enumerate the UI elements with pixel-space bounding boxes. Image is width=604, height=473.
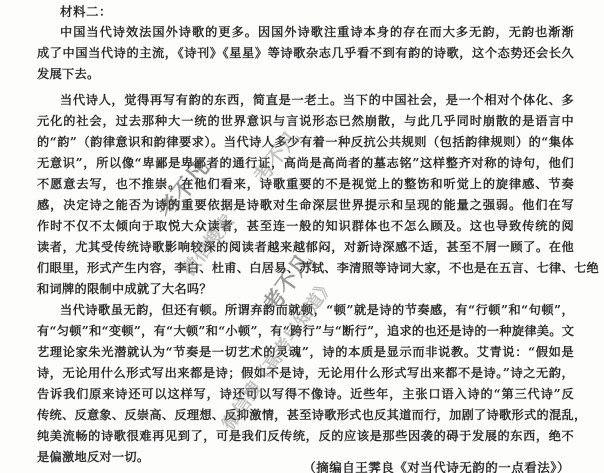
text-line: 中国当代诗效法国外诗歌的更多。因国外诗歌注重诗本身的存在而大多无韵，无韵也渐渐	[60, 24, 574, 40]
text-line: 传统、反意象、反崇高、反理想、反抑激情，甚至诗歌形式也反其道而行，加剧了诗歌形式…	[37, 407, 574, 423]
text-line: 纯美流畅的诗歌很难再见到了，可是我们反传统，反的应该是那些因袭的碍于发展的东西，…	[37, 428, 574, 444]
text-line: 有“匀顿”和“变顿”，有“大顿”和“小顿”，有“跨行”与“断行”，追求的也还是诗…	[37, 323, 574, 339]
section-heading: 材料二：	[60, 2, 112, 20]
text-line: 发展下去。	[37, 66, 574, 82]
text-line: 感，决定诗之能否为诗的重要依据是诗歌对生命深层世界提示和呈现的能量之强弱。他们在…	[37, 197, 574, 213]
document-page: 材料二： 中国当代诗效法国外诗歌的更多。因国外诗歌注重诗本身的存在而大多无韵，无…	[0, 0, 604, 473]
text-line: 成了中国当代诗的主流，《诗刊》《星星》等诗歌杂志几乎看不到有韵的诗歌，这个态势还…	[37, 45, 574, 61]
text-line: 和词牌的限制中成就了大名吗？	[37, 281, 574, 297]
text-line: 不愿意去写，也不推崇。在他们看来，诗歌重要的不是视觉上的整饬和听觉上的旋律感、节…	[37, 176, 574, 192]
text-line: 诗，无论用什么形式写出来都是诗；假如不是诗，无论用什么形式写出来都不是诗。”诗之…	[37, 365, 574, 381]
text-line: 作时不仅不太倾向于取悦大众读者，甚至连一般的知识群体也不怎么顾及。这也导致传统的…	[37, 218, 574, 234]
source-citation: （摘编自王霁良《对当代诗无韵的一点看法》）	[303, 458, 570, 473]
text-line: 当代诗人，觉得再写有韵的东西，简直是一老土。当下的中国社会，是一个相对个体化、多	[60, 92, 574, 108]
text-line: 当代诗歌虽无韵，但还有顿。所谓弃韵而就顿，“顿”就是诗的节奏感，有“行顿”和“句…	[60, 302, 574, 318]
text-line: 告诉我们原来诗还可以这样写，诗还可以写得不像诗。近些年，主张口语入诗的“第三代诗…	[37, 386, 574, 402]
text-line: 们眼里，形式产生内容，李白、杜甫、白居易、苏轼、李清照等诗词大家，不也是在五言、…	[37, 260, 574, 276]
text-line: 无意识”，所以像“卑鄙是卑鄙者的通行证，高尚是高尚者的墓志铭”这样整齐对称的诗句…	[37, 155, 574, 171]
text-line: 艺理论家朱光潜就认为“节奏是一切艺术的灵魂”，诗的本质是显示而非说教。艾青说：“…	[37, 344, 574, 360]
text-line: 读者，尤其受传统诗歌影响较深的阅读者越来越郁闷，对新诗深感不适，甚至不屑一顾了。…	[37, 239, 574, 255]
text-line: 的“韵”（韵律意识和韵律要求）。当代诗人多少有着一种反抗公共规则（包括韵律规则）…	[37, 134, 574, 150]
text-line: 元化的社会，过去那种大一统的世界意识与言说形态已然崩散，与此几乎同时崩散的是语言…	[37, 113, 574, 129]
